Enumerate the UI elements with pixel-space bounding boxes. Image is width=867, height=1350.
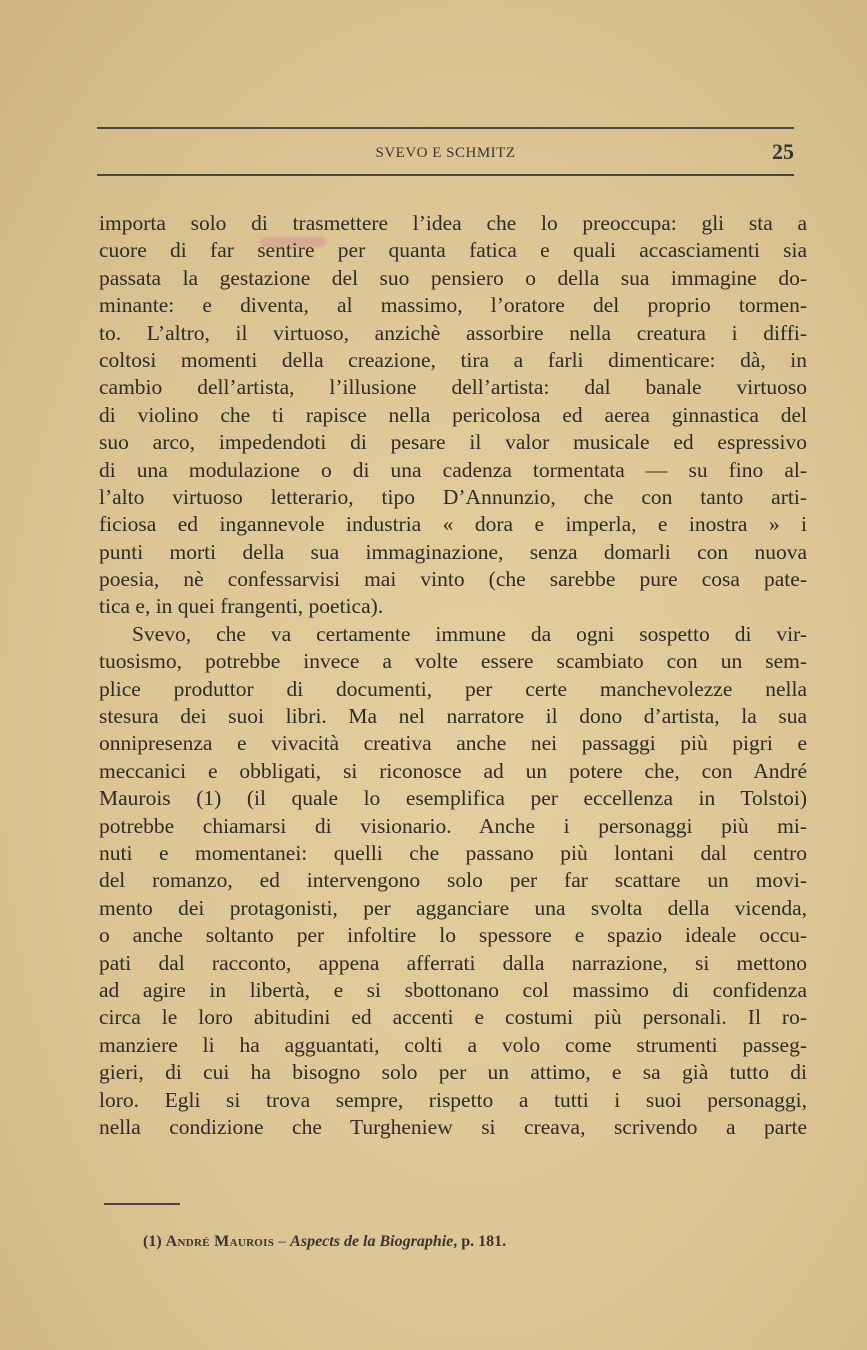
footnote-separator (104, 1203, 180, 1205)
text-line: loro. Egli si trova sempre, rispetto a t… (99, 1087, 807, 1114)
page-number: 25 (772, 139, 794, 165)
text-line: ficiosa ed ingannevole industria « dora … (99, 511, 807, 538)
text-line-paragraph-start: Svevo, che va certamente immune da ogni … (99, 621, 807, 648)
text-line: minante: e diventa, al massimo, l’orator… (99, 292, 807, 319)
text-line: poesia, nè confessarvisi mai vinto (che … (99, 566, 807, 593)
text-line: stesura dei suoi libri. Ma nel narratore… (99, 703, 807, 730)
text-line: pati dal racconto, appena afferrati dall… (99, 950, 807, 977)
text-line-paragraph-end: tica e, in quei frangenti, poetica). (99, 593, 807, 620)
header-rule-top (97, 127, 794, 129)
book-page: SVEVO E SCHMITZ 25 importa solo di trasm… (0, 0, 867, 1350)
footnote: (1) André Maurois – Aspects de la Biogra… (143, 1233, 506, 1251)
text-line: coltosi momenti della creazione, tira a … (99, 347, 807, 374)
text-line: Maurois (1) (il quale lo esemplifica per… (99, 785, 807, 812)
text-line: del romanzo, ed intervengono solo per fa… (99, 867, 807, 894)
text-line: di violino che ti rapisce nella pericolo… (99, 402, 807, 429)
text-line: nella condizione che Turgheniew si creav… (99, 1114, 807, 1141)
text-line: plice produttor di documenti, per certe … (99, 676, 807, 703)
text-line: l’alto virtuoso letterario, tipo D’Annun… (99, 484, 807, 511)
text-line: tuosismo, potrebbe invece a volte essere… (99, 648, 807, 675)
text-line: circa le loro abitudini ed accenti e cos… (99, 1004, 807, 1031)
text-line: cuore di far sentire per quanta fatica e… (99, 237, 807, 264)
text-line: nuti e momentanei: quelli che passano pi… (99, 840, 807, 867)
text-line: passata la gestazione del suo pensiero o… (99, 265, 807, 292)
body-text: importa solo di trasmettere l’idea che l… (99, 210, 807, 1141)
text-line: meccanici e obbligati, si riconosce ad u… (99, 758, 807, 785)
header-rule-bottom (97, 174, 794, 176)
footnote-marker: (1) (143, 1233, 162, 1250)
footnote-title: Aspects de la Biographie (290, 1233, 453, 1250)
text-line: mento dei protagonisti, per agganciare u… (99, 895, 807, 922)
text-line: gieri, di cui ha bisogno solo per un att… (99, 1059, 807, 1086)
footnote-page-ref: , p. 181. (453, 1233, 506, 1250)
text-line: potrebbe chiamarsi di visionario. Anche … (99, 813, 807, 840)
footnote-author: André Maurois (166, 1233, 275, 1250)
text-line: o anche soltanto per infoltire lo spesso… (99, 922, 807, 949)
text-line: punti morti della sua immaginazione, sen… (99, 539, 807, 566)
text-line: manziere li ha agguantati, colti a volo … (99, 1032, 807, 1059)
text-line: to. L’altro, il virtuoso, anzichè assorb… (99, 320, 807, 347)
text-line: ad agire in libertà, e si sbottonano col… (99, 977, 807, 1004)
text-line: di una modulazione o di una cadenza torm… (99, 457, 807, 484)
text-line: importa solo di trasmettere l’idea che l… (99, 210, 807, 237)
running-title: SVEVO E SCHMITZ (97, 145, 794, 162)
footnote-separator-dash: – (274, 1233, 290, 1250)
text-line: cambio dell’artista, l’illusione dell’ar… (99, 374, 807, 401)
running-head: SVEVO E SCHMITZ 25 (97, 143, 794, 167)
text-line: onnipresenza e vivacità creativa anche n… (99, 730, 807, 757)
text-line: suo arco, impedendoti di pesare il valor… (99, 429, 807, 456)
